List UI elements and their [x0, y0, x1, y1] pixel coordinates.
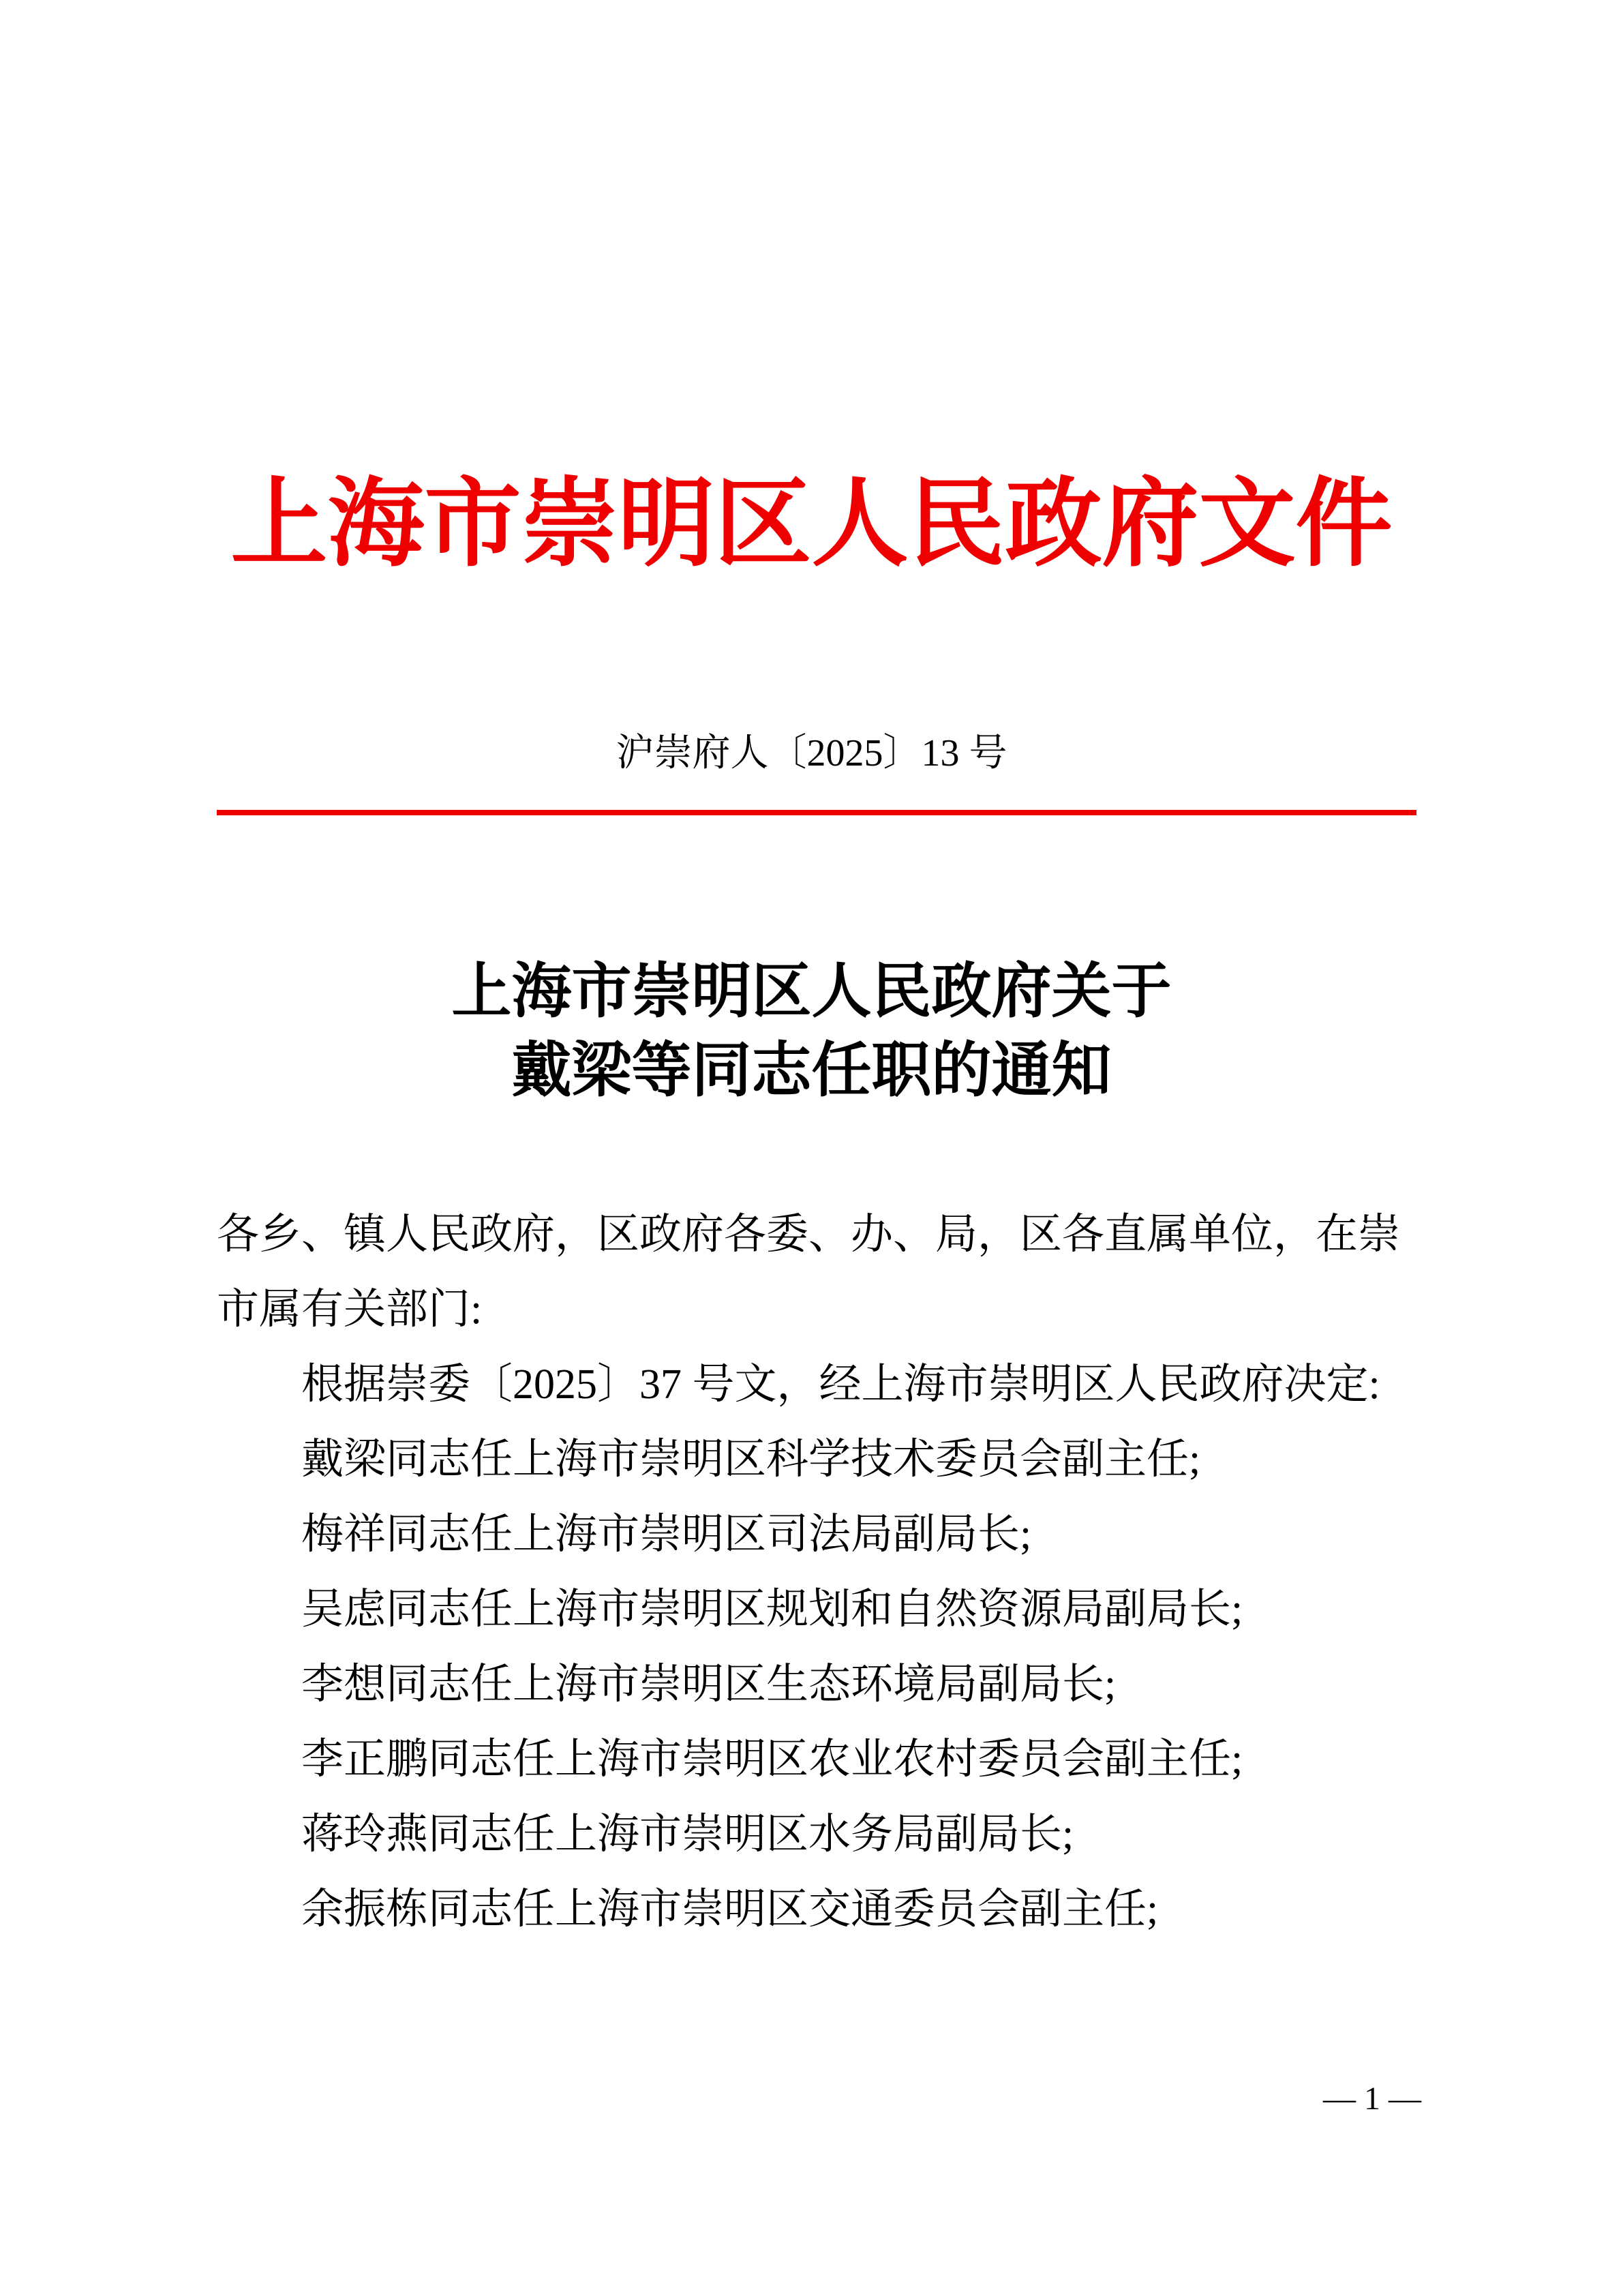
body-line-appointment-6: 蒋玲燕同志任上海市崇明区水务局副局长;	[217, 1797, 1423, 1872]
body-line-appointment-5: 李正鹏同志任上海市崇明区农业农村委员会副主任;	[217, 1722, 1423, 1797]
red-letterhead-title: 上海市崇明区人民政府文件	[0, 469, 1623, 580]
notice-body: 各乡、镇人民政府，区政府各委、办、局，区各直属单位，在崇 市属有关部门: 根据崇…	[217, 1197, 1423, 1947]
body-line-basis: 根据崇委〔2025〕37 号文，经上海市崇明区人民政府决定:	[217, 1347, 1423, 1422]
body-line-appointment-3: 吴虑同志任上海市崇明区规划和自然资源局副局长;	[217, 1572, 1423, 1647]
body-line-appointment-7: 余振栋同志任上海市崇明区交通委员会副主任;	[217, 1872, 1423, 1947]
page-number: — 1 —	[1323, 2079, 1421, 2119]
body-line-appointment-2: 梅祥同志任上海市崇明区司法局副局长;	[217, 1497, 1423, 1572]
notice-title-line2: 戴梁等同志任职的通知	[0, 1032, 1623, 1111]
red-divider-line	[217, 810, 1416, 815]
notice-title-line1: 上海市崇明区人民政府关于	[0, 953, 1623, 1032]
body-line-appointment-1: 戴梁同志任上海市崇明区科学技术委员会副主任;	[217, 1422, 1423, 1497]
body-line-appointment-4: 李想同志任上海市崇明区生态环境局副局长;	[217, 1647, 1423, 1722]
notice-title: 上海市崇明区人民政府关于 戴梁等同志任职的通知	[0, 953, 1623, 1111]
body-line-recipients-2: 市属有关部门:	[217, 1272, 1423, 1347]
document-page: 上海市崇明区人民政府文件 沪崇府人〔2025〕13 号 上海市崇明区人民政府关于…	[0, 0, 1623, 2296]
body-line-recipients-1: 各乡、镇人民政府，区政府各委、办、局，区各直属单位，在崇	[217, 1197, 1423, 1272]
document-reference-number: 沪崇府人〔2025〕13 号	[0, 731, 1623, 776]
